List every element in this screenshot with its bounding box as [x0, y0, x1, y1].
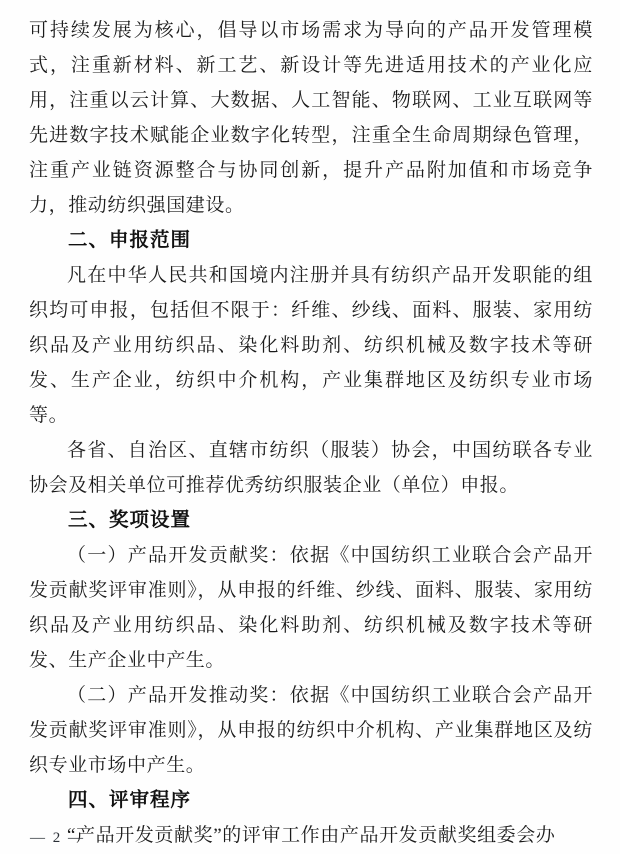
section-heading: 三、奖项设置 [29, 503, 593, 538]
section-heading: 四、评审程序 [29, 783, 593, 818]
paragraph: （二）产品开发推动奖：依据《中国纺织工业联合会产品开发贡献奖评审准则》，从申报的… [29, 678, 593, 783]
paragraph: “产品开发贡献奖”的评审工作由产品开发贡献奖组委会办 [29, 818, 593, 853]
paragraph: 各省、自治区、直辖市纺织（服装）协会，中国纺联各专业协会及相关单位可推荐优秀纺织… [29, 433, 593, 503]
paragraph: 可持续发展为核心，倡导以市场需求为导向的产品开发管理模式，注重新材料、新工艺、新… [29, 13, 593, 223]
section-heading: 二、申报范围 [29, 223, 593, 258]
document-body: 可持续发展为核心，倡导以市场需求为导向的产品开发管理模式，注重新材料、新工艺、新… [0, 0, 620, 853]
paragraph: 凡在中华人民共和国境内注册并具有纺织产品开发职能的组织均可申报，包括但不限于：纤… [29, 258, 593, 433]
page-number: — 2 — [30, 830, 85, 847]
document-page: 可持续发展为核心，倡导以市场需求为导向的产品开发管理模式，注重新材料、新工艺、新… [0, 0, 620, 854]
paragraph: （一）产品开发贡献奖：依据《中国纺织工业联合会产品开发贡献奖评审准则》，从申报的… [29, 538, 593, 678]
